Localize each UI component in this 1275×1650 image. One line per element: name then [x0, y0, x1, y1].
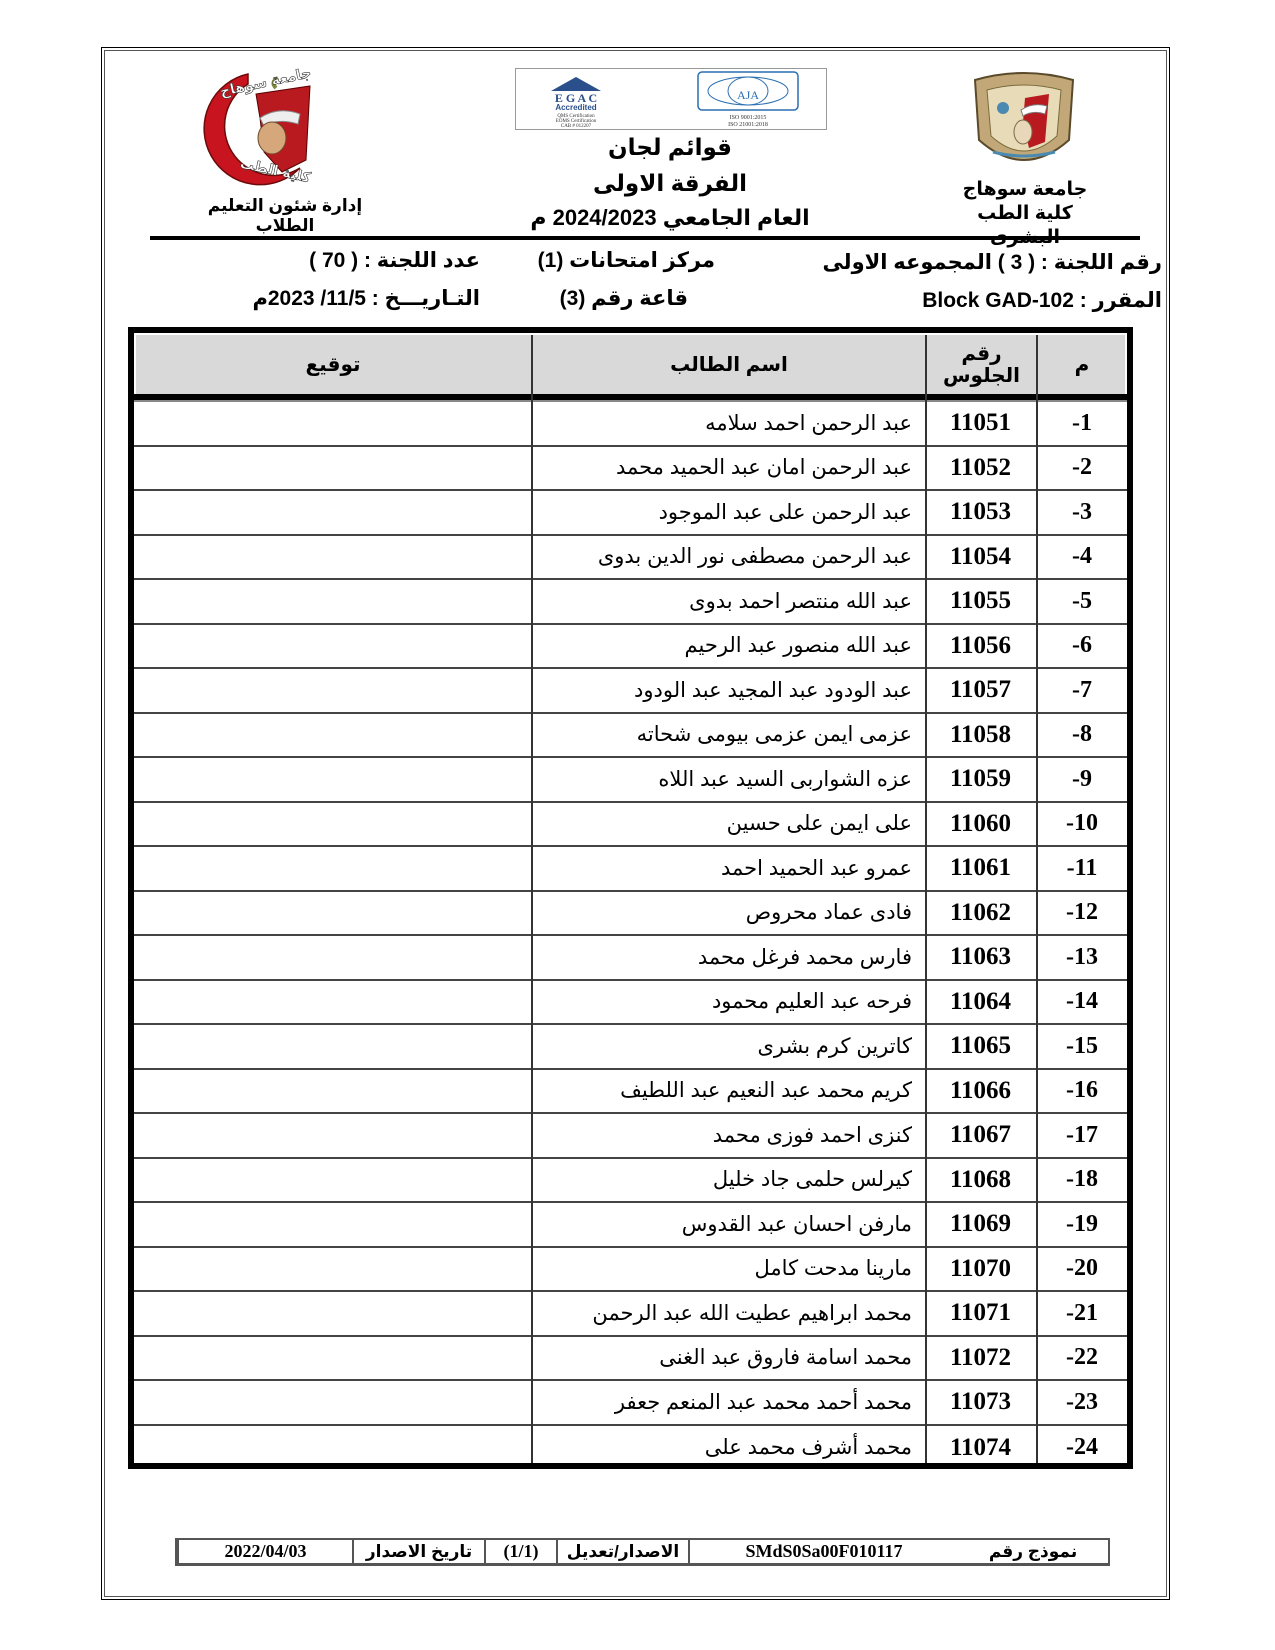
- row-index: -15: [1037, 1025, 1127, 1068]
- row-index: -19: [1037, 1203, 1127, 1246]
- row-index: -20: [1037, 1248, 1127, 1291]
- university-seal-icon: [965, 70, 1083, 176]
- student-name: عبد الرحمن احمد سلامه: [534, 402, 924, 445]
- row-index: -24: [1037, 1426, 1127, 1471]
- department-label: إدارة شئون التعليم الطلاب: [180, 196, 390, 236]
- seat-number: 11056: [926, 625, 1035, 668]
- row-index: -4: [1037, 536, 1127, 579]
- seat-number: 11067: [926, 1114, 1035, 1157]
- form-number-label: نموذج رقم: [958, 1540, 1108, 1563]
- seat-number: 11071: [926, 1292, 1035, 1335]
- seat-number: 11068: [926, 1159, 1035, 1202]
- table-row: -1311063فارس محمد فرغل محمد: [134, 936, 1127, 981]
- student-name: محمد اسامة فاروق عبد الغنى: [534, 1337, 924, 1380]
- row-index: -17: [1037, 1114, 1127, 1157]
- student-name: عبد الله منتصر احمد بدوى: [534, 580, 924, 623]
- signature-field[interactable]: [134, 491, 532, 534]
- student-name: عزمى ايمن عزمى بيومى شحاته: [534, 714, 924, 757]
- table-row: -1811068كيرلس حلمى جاد خليل: [134, 1159, 1127, 1204]
- seat-number: 11055: [926, 580, 1035, 623]
- student-name: فرحه عبد العليم محمود: [534, 981, 924, 1024]
- signature-field[interactable]: [134, 1203, 532, 1246]
- student-name: محمد ابراهيم عطيت الله عبد الرحمن: [534, 1292, 924, 1335]
- signature-field[interactable]: [134, 1070, 532, 1113]
- student-name: عبد الودود عبد المجيد عبد الودود: [534, 669, 924, 712]
- column-divider: [925, 335, 927, 1463]
- seat-number: 11070: [926, 1248, 1035, 1291]
- svg-text:ISO 9001:2015: ISO 9001:2015: [730, 115, 767, 121]
- signature-field[interactable]: [134, 1381, 532, 1424]
- row-index: -14: [1037, 981, 1127, 1024]
- seat-number: 11069: [926, 1203, 1035, 1246]
- row-index: -6: [1037, 625, 1127, 668]
- row-index: -23: [1037, 1381, 1127, 1424]
- faculty-logo: جامعة سوهاج كلية الطب: [160, 68, 340, 186]
- version-label: الاصدار/تعديل: [556, 1540, 688, 1563]
- row-index: -13: [1037, 936, 1127, 979]
- table-row: -2311073محمد أحمد محمد عبد المنعم جعفر: [134, 1381, 1127, 1426]
- signature-field[interactable]: [134, 1159, 532, 1202]
- table-row: -1611066كريم محمد عبد النعيم عبد اللطيف: [134, 1070, 1127, 1115]
- table-row: -1011060على ايمن على حسين: [134, 803, 1127, 848]
- table-row: -2411074محمد أشرف محمد على: [134, 1426, 1127, 1471]
- signature-field[interactable]: [134, 714, 532, 757]
- signature-field[interactable]: [134, 402, 532, 445]
- svg-text:ISO 21001:2018: ISO 21001:2018: [728, 122, 768, 128]
- table-row: -2211072محمد اسامة فاروق عبد الغنى: [134, 1337, 1127, 1382]
- signature-field[interactable]: [134, 1114, 532, 1157]
- signature-field[interactable]: [134, 758, 532, 801]
- svg-text:AJA: AJA: [737, 88, 759, 102]
- egac-logo-icon: E G A C Accredited QMS Certification EOM…: [551, 77, 601, 129]
- seat-number: 11061: [926, 847, 1035, 890]
- hall-number: قاعة رقم (3): [560, 286, 688, 311]
- row-index: -10: [1037, 803, 1127, 846]
- course-code: المقرر : Block GAD-102: [922, 288, 1162, 313]
- student-name: عبد الرحمن على عبد الموجود: [534, 491, 924, 534]
- version-value: (1/1): [484, 1540, 556, 1563]
- signature-field[interactable]: [134, 536, 532, 579]
- seat-number: 11060: [926, 803, 1035, 846]
- committee-number: رقم اللجنة : ( 3 ) المجموعه الاولى: [822, 250, 1162, 275]
- row-index: -22: [1037, 1337, 1127, 1380]
- table-row: -511055عبد الله منتصر احمد بدوى: [134, 580, 1127, 625]
- header-student-name: اسم الطالب: [532, 335, 926, 394]
- row-index: -21: [1037, 1292, 1127, 1335]
- row-index: -7: [1037, 669, 1127, 712]
- row-index: -12: [1037, 892, 1127, 935]
- column-divider: [531, 335, 533, 1463]
- university-seal: [965, 70, 1083, 176]
- svg-text:Accredited: Accredited: [555, 103, 596, 112]
- table-row: -2111071محمد ابراهيم عطيت الله عبد الرحم…: [134, 1292, 1127, 1337]
- crescent-logo-icon: جامعة سوهاج كلية الطب: [160, 68, 340, 186]
- student-name: محمد أحمد محمد عبد المنعم جعفر: [534, 1381, 924, 1424]
- table-row: -911059عزه الشواربى السيد عبد اللاه: [134, 758, 1127, 803]
- table-row: -1711067كنزى احمد فوزى محمد: [134, 1114, 1127, 1159]
- student-name: فادى عماد محروص: [534, 892, 924, 935]
- student-name: مارفن احسان عبد القدوس: [534, 1203, 924, 1246]
- signature-field[interactable]: [134, 892, 532, 935]
- student-name: عمرو عبد الحميد احمد: [534, 847, 924, 890]
- table-row: -311053عبد الرحمن على عبد الموجود: [134, 491, 1127, 536]
- seat-number: 11058: [926, 714, 1035, 757]
- header-divider: [150, 236, 1140, 240]
- student-name: عزه الشواربى السيد عبد اللاه: [534, 758, 924, 801]
- seat-number: 11059: [926, 758, 1035, 801]
- form-footer: نموذج رقم SMdS0Sa00F010117 الاصدار/تعديل…: [175, 1538, 1110, 1566]
- row-index: -8: [1037, 714, 1127, 757]
- column-divider: [1036, 335, 1038, 1463]
- seat-number: 11064: [926, 981, 1035, 1024]
- svg-text:CAB # 012207: CAB # 012207: [561, 124, 592, 129]
- signature-field[interactable]: [134, 447, 532, 490]
- issue-date-label: تاريخ الاصدار: [352, 1540, 484, 1563]
- row-index: -1: [1037, 402, 1127, 445]
- exam-center: مركز امتحانات (1): [538, 248, 715, 273]
- signature-field[interactable]: [134, 1025, 532, 1068]
- row-index: -11: [1037, 847, 1127, 890]
- row-index: -16: [1037, 1070, 1127, 1113]
- issue-date: 2022/04/03: [177, 1540, 352, 1563]
- faculty-name: كلية الطب البشرى: [950, 202, 1100, 250]
- seat-number: 11065: [926, 1025, 1035, 1068]
- seat-number: 11074: [926, 1426, 1035, 1471]
- table-row: -811058عزمى ايمن عزمى بيومى شحاته: [134, 714, 1127, 759]
- signature-field[interactable]: [134, 1292, 532, 1335]
- row-index: -9: [1037, 758, 1127, 801]
- signature-field[interactable]: [134, 1426, 532, 1471]
- seat-number: 11054: [926, 536, 1035, 579]
- document-title: قوائم لجان: [520, 134, 820, 161]
- signature-field[interactable]: [134, 625, 532, 668]
- seat-number: 11062: [926, 892, 1035, 935]
- certification-logos: E G A C Accredited QMS Certification EOM…: [515, 68, 827, 130]
- signature-field[interactable]: [134, 580, 532, 623]
- student-name: مارينا مدحت كامل: [534, 1248, 924, 1291]
- table-row: -711057عبد الودود عبد المجيد عبد الودود: [134, 669, 1127, 714]
- signature-field[interactable]: [134, 847, 532, 890]
- table-row: -411054عبد الرحمن مصطفى نور الدين بدوى: [134, 536, 1127, 581]
- table-row: -1111061عمرو عبد الحميد احمد: [134, 847, 1127, 892]
- seat-number: 11072: [926, 1337, 1035, 1380]
- row-index: -18: [1037, 1159, 1127, 1202]
- student-name: كاترين كرم بشرى: [534, 1025, 924, 1068]
- signature-field[interactable]: [134, 936, 532, 979]
- row-index: -5: [1037, 580, 1127, 623]
- student-name: عبد الله منصور عبد الرحيم: [534, 625, 924, 668]
- exam-date: التـاريـــخ : 11/5/ 2023م: [252, 286, 480, 311]
- student-name: فارس محمد فرغل محمد: [534, 936, 924, 979]
- student-name: كنزى احمد فوزى محمد: [534, 1114, 924, 1157]
- seat-number: 11073: [926, 1381, 1035, 1424]
- student-name: محمد أشرف محمد على: [534, 1426, 924, 1471]
- signature-field[interactable]: [134, 669, 532, 712]
- table-row: -1211062فادى عماد محروص: [134, 892, 1127, 937]
- seat-number: 11057: [926, 669, 1035, 712]
- table-row: -211052عبد الرحمن امان عبد الحميد محمد: [134, 447, 1127, 492]
- table-row: -111051عبد الرحمن احمد سلامه: [134, 402, 1127, 447]
- signature-field[interactable]: [134, 1337, 532, 1380]
- student-name: كيرلس حلمى جاد خليل: [534, 1159, 924, 1202]
- student-name: كريم محمد عبد النعيم عبد اللطيف: [534, 1070, 924, 1113]
- student-name: على ايمن على حسين: [534, 803, 924, 846]
- seat-number: 11066: [926, 1070, 1035, 1113]
- student-name: عبد الرحمن مصطفى نور الدين بدوى: [534, 536, 924, 579]
- academic-year-title: العام الجامعي 2024/2023 م: [520, 205, 820, 231]
- table-row: -1411064فرحه عبد العليم محمود: [134, 981, 1127, 1026]
- table-row: -1511065كاترين كرم بشرى: [134, 1025, 1127, 1070]
- table-row: -611056عبد الله منصور عبد الرحيم: [134, 625, 1127, 670]
- committee-count: عدد اللجنة : ( 70 ): [309, 248, 480, 273]
- year-level-title: الفرقة الاولى: [520, 170, 820, 197]
- signature-field[interactable]: [134, 1248, 532, 1291]
- signature-field[interactable]: [134, 981, 532, 1024]
- table-row: -1911069مارفن احسان عبد القدوس: [134, 1203, 1127, 1248]
- seat-number: 11052: [926, 447, 1035, 490]
- header-index: م: [1037, 335, 1127, 394]
- form-number: SMdS0Sa00F010117: [688, 1540, 958, 1563]
- signature-field[interactable]: [134, 803, 532, 846]
- aja-logo-icon: AJA ISO 9001:2015 ISO 21001:2018: [698, 72, 798, 128]
- table-row: -2011070مارينا مدحت كامل: [134, 1248, 1127, 1293]
- seat-number: 11051: [926, 402, 1035, 445]
- row-index: -2: [1037, 447, 1127, 490]
- header-seat-number: رقم الجلوس: [926, 335, 1037, 394]
- student-name: عبد الرحمن امان عبد الحميد محمد: [534, 447, 924, 490]
- seat-number: 11063: [926, 936, 1035, 979]
- university-name: جامعة سوهاج: [950, 178, 1100, 202]
- row-index: -3: [1037, 491, 1127, 534]
- header-signature: توقيع: [134, 335, 532, 394]
- seat-number: 11053: [926, 491, 1035, 534]
